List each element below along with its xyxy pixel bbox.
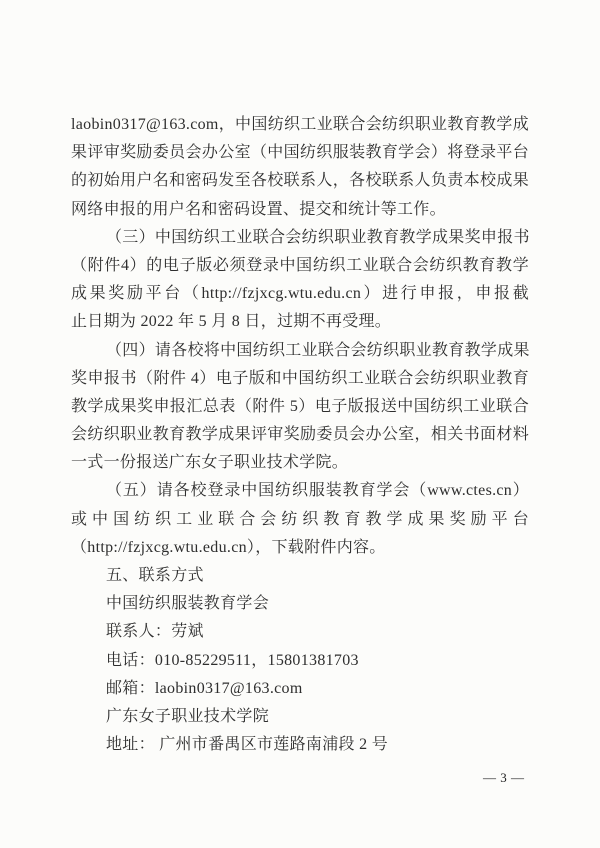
text-line: （附件4）的电子版必须登录中国纺织工业联合会纺织教育教学: [71, 252, 529, 280]
contact-email-line: 邮箱：laobin0317@163.com: [71, 675, 529, 703]
para-4-start-line: （四）请各校将中国纺织工业联合会纺织职业教育教学成果: [71, 337, 529, 365]
page-number: — 3 —: [483, 770, 525, 786]
text-line: 止日期为 2022 年 5 月 8 日，过期不再受理。: [71, 308, 529, 336]
text-line: 的初始用户名和密码发至各校联系人，各校联系人负责本校成果: [71, 167, 529, 195]
document-body: laobin0317@163.com，中国纺织工业联合会纺织职业教育教学成 果评…: [71, 111, 529, 759]
para-5-start-line: （五）请各校登录中国纺织服装教育学会（www.ctes.cn）: [71, 477, 529, 505]
text-line: 或中国纺织工业联合会纺织教育教学成果奖励平台: [71, 506, 529, 534]
contact-org-line: 中国纺织服装教育学会: [71, 590, 529, 618]
text-line: （http://fzjxcg.wtu.edu.cn），下载附件内容。: [71, 534, 529, 562]
contact-phone-line: 电话：010-85229511，15801381703: [71, 647, 529, 675]
text-line: 会纺织职业教育教学成果评审奖励委员会办公室，相关书面材料: [71, 421, 529, 449]
text-line: 奖申报书（附件 4）电子版和中国纺织工业联合会纺织职业教育: [71, 365, 529, 393]
contact-address-line: 地址： 广州市番禺区市莲路南浦段 2 号: [71, 731, 529, 759]
para-3-start-line: （三）中国纺织工业联合会纺织职业教育教学成果奖申报书: [71, 224, 529, 252]
text-line: 教学成果奖申报汇总表（附件 5）电子版报送中国纺织工业联合: [71, 393, 529, 421]
contact-person-line: 联系人：劳斌: [71, 618, 529, 646]
text-line: 网络申报的用户名和密码设置、提交和统计等工作。: [71, 196, 529, 224]
contact-org2-line: 广东女子职业技术学院: [71, 703, 529, 731]
text-line: 果评审奖励委员会办公室（中国纺织服装教育学会）将登录平台: [71, 139, 529, 167]
text-line: 一式一份报送广东女子职业技术学院。: [71, 449, 529, 477]
section-heading-contact: 五、联系方式: [71, 562, 529, 590]
text-line: laobin0317@163.com，中国纺织工业联合会纺织职业教育教学成: [71, 111, 529, 139]
scanned-document-page: laobin0317@163.com，中国纺织工业联合会纺织职业教育教学成 果评…: [0, 0, 600, 848]
text-line: 成果奖励平台（http://fzjxcg.wtu.edu.cn）进行申报，申报截: [71, 280, 529, 308]
